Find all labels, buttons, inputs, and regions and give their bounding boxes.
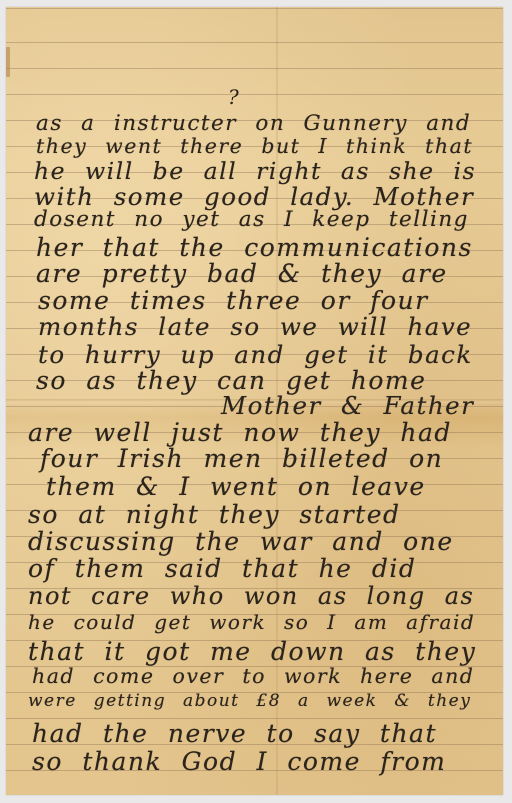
text-line-23: were getting about £8 a week & they <box>28 691 471 711</box>
text-line-19: not care who won as long as <box>28 582 474 610</box>
text-line-18: of them said that he did <box>28 554 416 583</box>
text-line-2: they went there but I think that <box>36 134 473 158</box>
text-line-3: he will be all right as she is <box>34 157 476 185</box>
text-line-16: so at night they started <box>28 500 401 529</box>
text-line-15: them & I went on leave <box>46 472 426 501</box>
text-line-10: to hurry up and get it back <box>38 340 473 369</box>
text-line-14: four Irish men billeted on <box>40 444 443 473</box>
text-line-13: are well just now they had <box>28 418 452 447</box>
text-line-7: are pretty bad & they are <box>36 259 448 288</box>
text-line-6: her that the communications <box>36 233 473 262</box>
text-line-12: Mother & Father <box>221 391 474 420</box>
letter-page: ? as a instructer on Gunnery and they we… <box>6 7 503 795</box>
text-line-9: months late so we will have <box>38 312 472 341</box>
text-line-8: some times three or four <box>38 286 429 315</box>
text-line-1: as a instructer on Gunnery and <box>36 111 471 136</box>
insertion-mark: ? <box>228 85 239 109</box>
text-line-22: had come over to work here and <box>32 664 474 688</box>
torn-edge <box>6 47 10 77</box>
text-line-20: he could get work so I am afraid <box>28 610 475 634</box>
text-line-21: that it got me down as they <box>28 637 476 666</box>
text-line-25: so thank God I come from <box>32 747 446 776</box>
text-line-5: dosent no yet as I keep telling <box>34 207 469 232</box>
text-line-24: had the nerve to say that <box>32 719 437 748</box>
text-line-17: discussing the war and one <box>28 527 454 556</box>
